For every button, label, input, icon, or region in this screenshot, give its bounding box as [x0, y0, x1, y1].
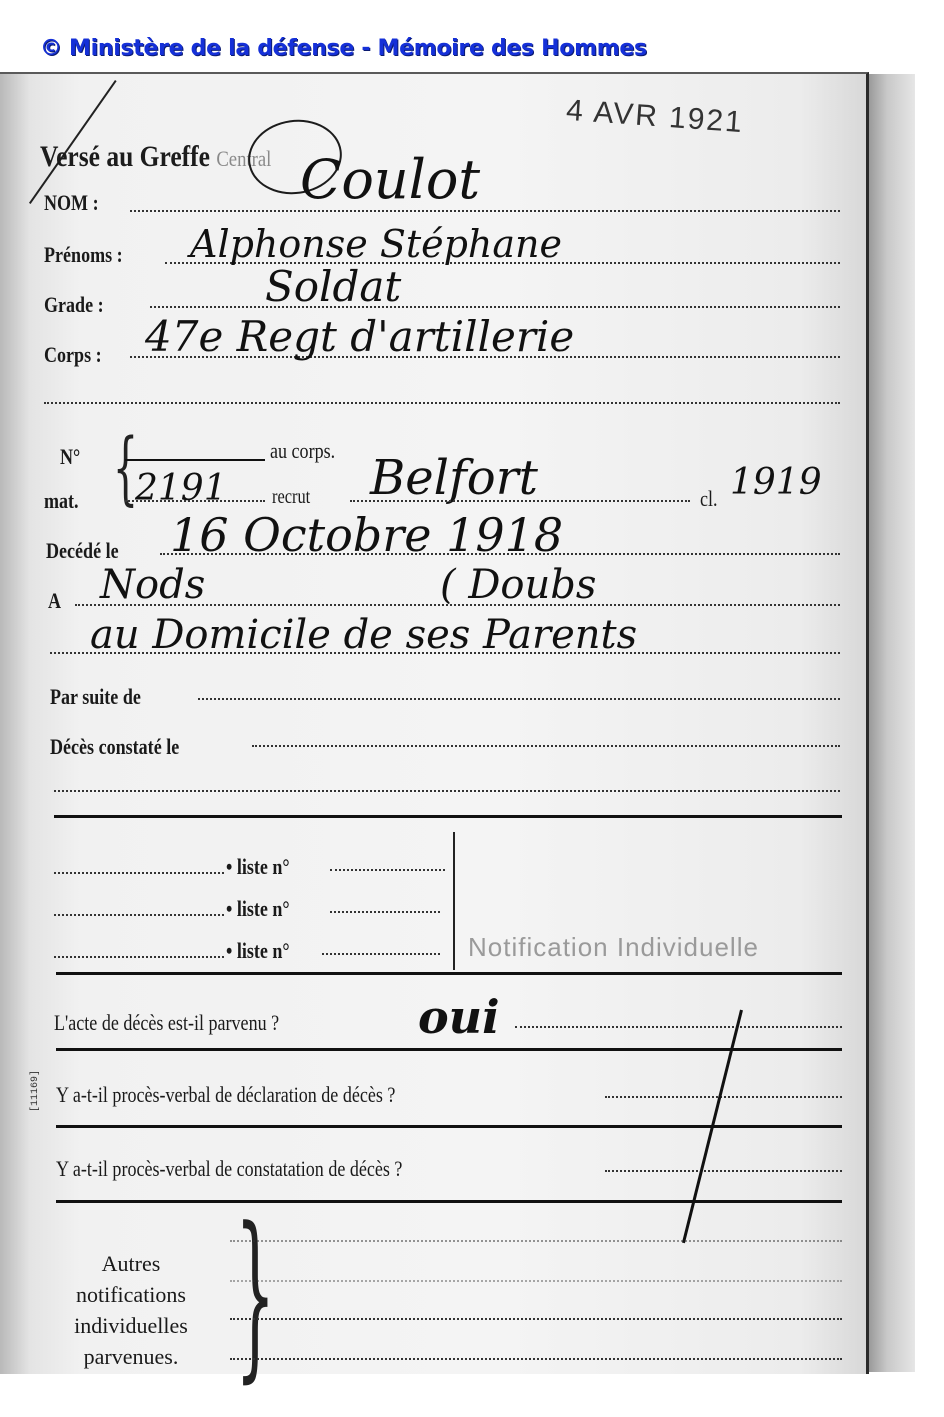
- pv-declaration-line: [605, 1096, 842, 1098]
- liste-label-1: • liste n°: [226, 854, 290, 880]
- autres-line-b: [230, 1280, 842, 1282]
- decede-label: Decédé le: [46, 538, 119, 564]
- section-divider-2: [56, 972, 842, 975]
- constate-line-2: [54, 790, 840, 792]
- pv-declaration-divider: [56, 1125, 842, 1128]
- prenoms-label: Prénoms :: [44, 242, 123, 268]
- pv-constatation-label: Y a-t-il procès-verbal de constatation d…: [56, 1156, 402, 1182]
- lieu-value: Nods: [100, 562, 205, 608]
- greffe-text: Versé au Greffe: [40, 140, 210, 173]
- grade-line: [150, 306, 840, 308]
- liste-divider: [453, 832, 455, 970]
- constate-line: [252, 745, 840, 747]
- recrut-label: recrut: [272, 486, 310, 509]
- acte-line: [515, 1026, 842, 1028]
- matricule-line: [125, 500, 265, 502]
- liste-line-right-2: [330, 911, 440, 913]
- nom-label: NOM :: [44, 190, 99, 216]
- notification-stamp: Notification Individuelle: [468, 932, 759, 963]
- side-note: [11169]: [30, 1070, 41, 1112]
- matricule-value: 2191: [135, 468, 227, 509]
- autres-line-2: notifications: [56, 1279, 206, 1310]
- acte-divider: [56, 1048, 842, 1051]
- recrut-value: Belfort: [370, 450, 538, 506]
- liste-label-2: • liste n°: [226, 896, 290, 922]
- nom-value: Coulot: [300, 148, 480, 211]
- liste-line-right-3: [322, 953, 440, 955]
- liste-line-left-2: [54, 914, 224, 916]
- par-suite-label: Par suite de: [50, 684, 141, 710]
- classe-value: 1919: [730, 462, 822, 503]
- pv-constatation-divider: [56, 1200, 842, 1203]
- autres-line-3: individuelles: [56, 1310, 206, 1341]
- grade-value: Soldat: [265, 262, 401, 311]
- pv-constatation-line: [605, 1170, 842, 1172]
- acte-label: L'acte de décès est-il parvenu ?: [54, 1010, 279, 1036]
- no-label: N°: [60, 444, 80, 470]
- grade-label: Grade :: [44, 292, 104, 318]
- greffe-stamp: Versé au Greffe Central: [40, 140, 271, 174]
- lieu-label: A: [48, 588, 61, 614]
- nom-line: [130, 210, 840, 212]
- classe-label: cl.: [700, 486, 718, 512]
- liste-line-left-1: [54, 872, 224, 874]
- liste-line-left-3: [54, 956, 224, 958]
- autres-line-d: [230, 1358, 842, 1360]
- decede-value: 16 Octobre 1918: [170, 508, 563, 562]
- pv-declaration-label: Y a-t-il procès-verbal de déclaration de…: [56, 1082, 395, 1108]
- departement-value: ( Doubs: [440, 562, 596, 608]
- au-corps-line: [125, 459, 265, 461]
- recrut-line: [350, 500, 690, 502]
- section-divider-1: [54, 815, 842, 818]
- card-edge: [869, 74, 915, 1372]
- corps-line-2: [44, 402, 840, 404]
- lieu-detail-line: [50, 652, 840, 654]
- autres-notifications-label: Autres notifications individuelles parve…: [56, 1248, 206, 1372]
- constate-label: Décès constaté le: [50, 734, 179, 760]
- mat-label: mat.: [44, 488, 79, 514]
- prenoms-value: Alphonse Stéphane: [190, 222, 562, 266]
- autres-line-c: [230, 1318, 842, 1320]
- corps-value: 47e Regt d'artillerie: [145, 312, 574, 361]
- watermark: © Ministère de la défense - Mémoire des …: [40, 36, 647, 61]
- acte-value: oui: [418, 990, 500, 1044]
- autres-line-a: [230, 1240, 842, 1242]
- autres-line-4: parvenues.: [56, 1341, 206, 1372]
- corps-label: Corps :: [44, 342, 102, 368]
- par-suite-line: [198, 698, 840, 700]
- au-corps-label: au corps.: [270, 438, 335, 464]
- liste-line-right-1: [330, 869, 445, 871]
- liste-label-3: • liste n°: [226, 938, 290, 964]
- autres-line-1: Autres: [56, 1248, 206, 1279]
- brace-autres: }: [235, 1210, 275, 1380]
